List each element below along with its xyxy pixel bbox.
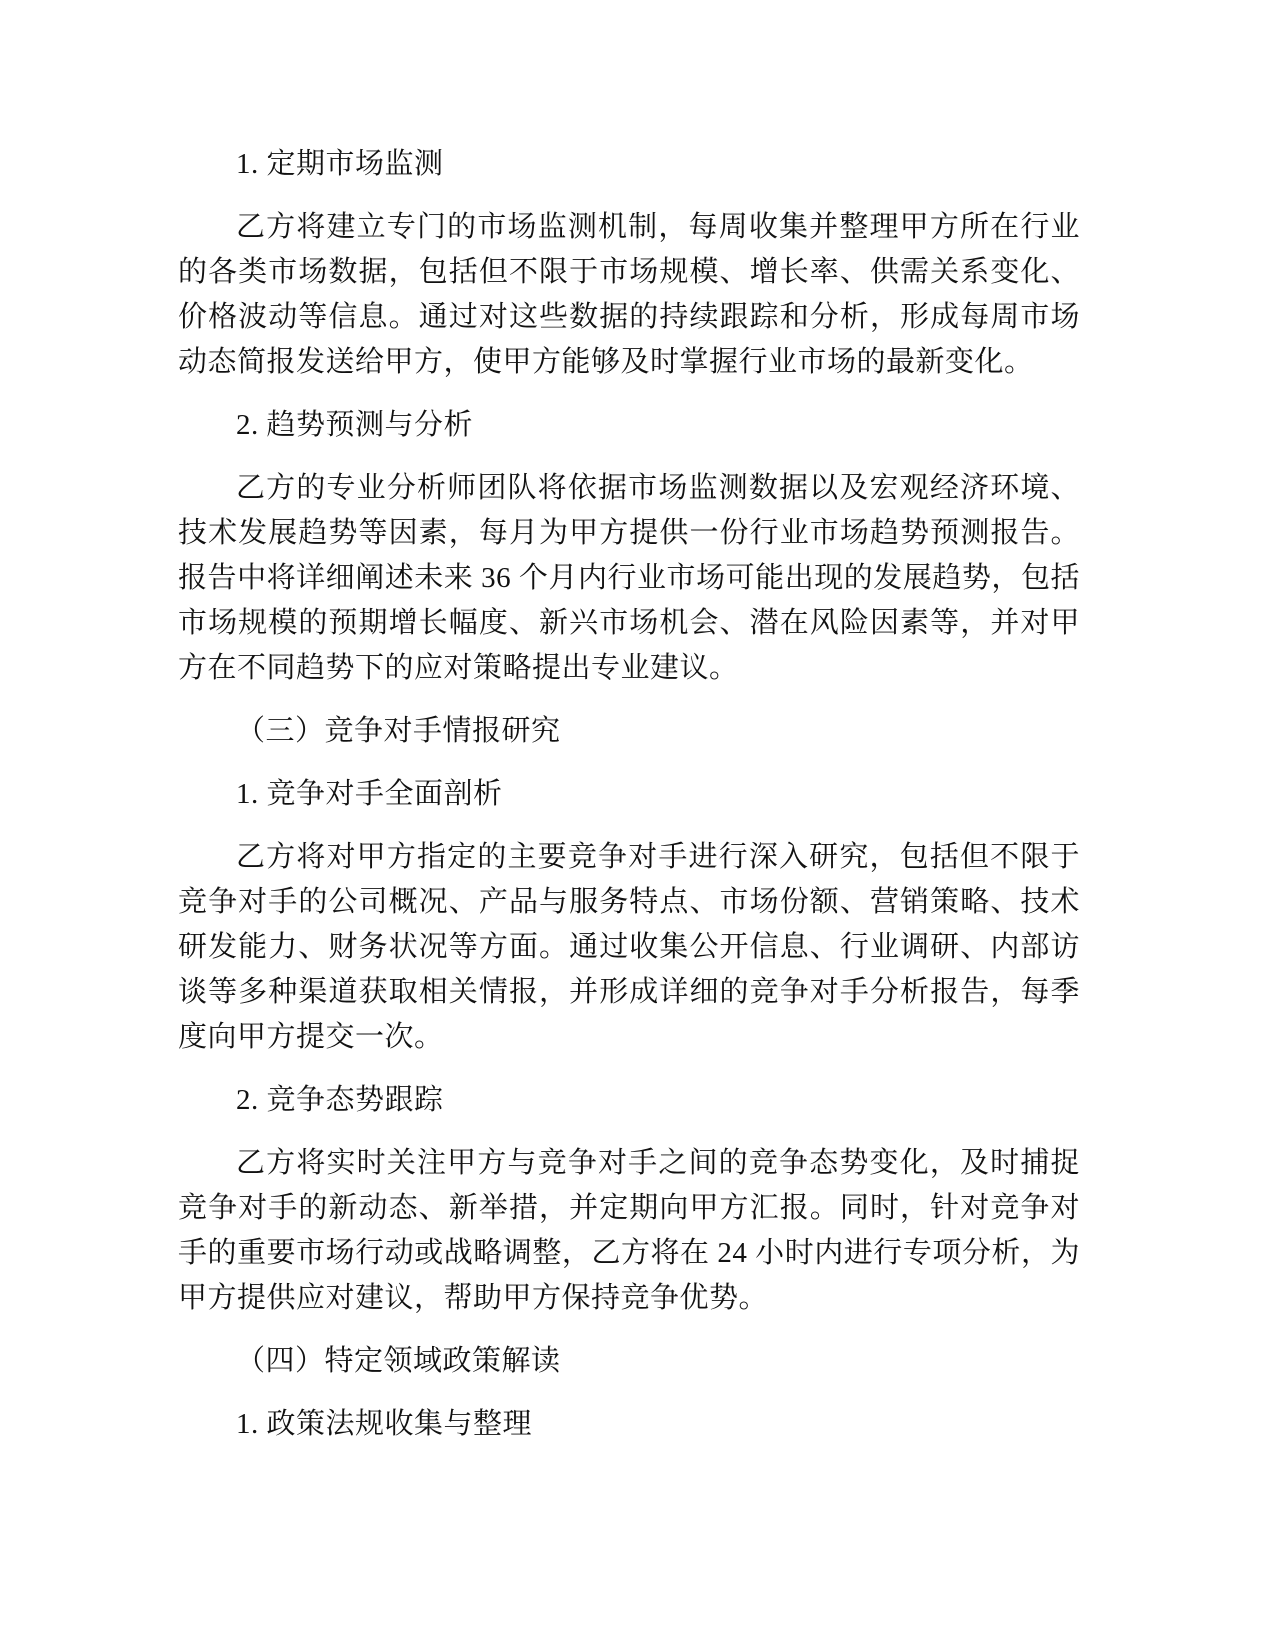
numbered-heading: 2. 趋势预测与分析 (178, 403, 1080, 448)
numbered-heading: 2. 竞争态势跟踪 (178, 1078, 1080, 1123)
section-heading: （四）特定领域政策解读 (178, 1339, 1080, 1384)
numbered-heading: 1. 政策法规收集与整理 (178, 1402, 1080, 1447)
body-paragraph: 乙方将实时关注甲方与竞争对手之间的竞争态势变化，及时捕捉竞争对手的新动态、新举措… (178, 1141, 1080, 1321)
numbered-heading: 1. 定期市场监测 (178, 142, 1080, 187)
body-paragraph: 乙方的专业分析师团队将依据市场监测数据以及宏观经济环境、技术发展趋势等因素，每月… (178, 466, 1080, 691)
body-paragraph: 乙方将建立专门的市场监测机制，每周收集并整理甲方所在行业的各类市场数据，包括但不… (178, 205, 1080, 385)
document-page: 1. 定期市场监测 乙方将建立专门的市场监测机制，每周收集并整理甲方所在行业的各… (0, 0, 1275, 1650)
section-heading: （三）竞争对手情报研究 (178, 709, 1080, 754)
body-paragraph: 乙方将对甲方指定的主要竞争对手进行深入研究，包括但不限于竞争对手的公司概况、产品… (178, 835, 1080, 1060)
numbered-heading: 1. 竞争对手全面剖析 (178, 772, 1080, 817)
document-body: 1. 定期市场监测 乙方将建立专门的市场监测机制，每周收集并整理甲方所在行业的各… (178, 142, 1080, 1465)
